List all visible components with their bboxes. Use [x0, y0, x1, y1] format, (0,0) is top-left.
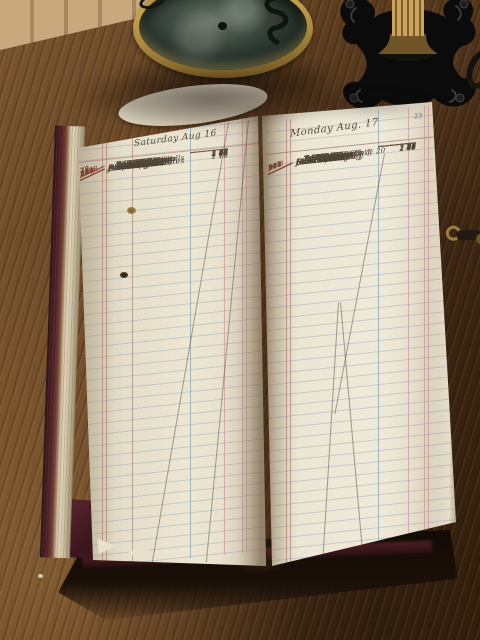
table-speck: [38, 574, 43, 578]
scale-chain: [255, 0, 297, 46]
pan-hole: [218, 22, 227, 30]
book-gutter-shadow: [238, 108, 286, 570]
photo-scene: 22 26 Saturday Aug 16 Aug J. Spaulder Al…: [0, 0, 480, 640]
column-rule: [286, 120, 287, 570]
paper-stain: [127, 207, 136, 214]
money-column-rule: [224, 103, 225, 555]
column-rule: [132, 112, 133, 564]
ink-blot: [120, 272, 128, 278]
column-rule: [290, 119, 291, 569]
column-rule: [102, 115, 103, 567]
money-column-rule: [408, 107, 409, 557]
money-column-rule: [428, 105, 429, 555]
cast-shadow: [300, 92, 440, 118]
money-column-rule: [424, 105, 425, 555]
column-rule: [106, 115, 107, 567]
